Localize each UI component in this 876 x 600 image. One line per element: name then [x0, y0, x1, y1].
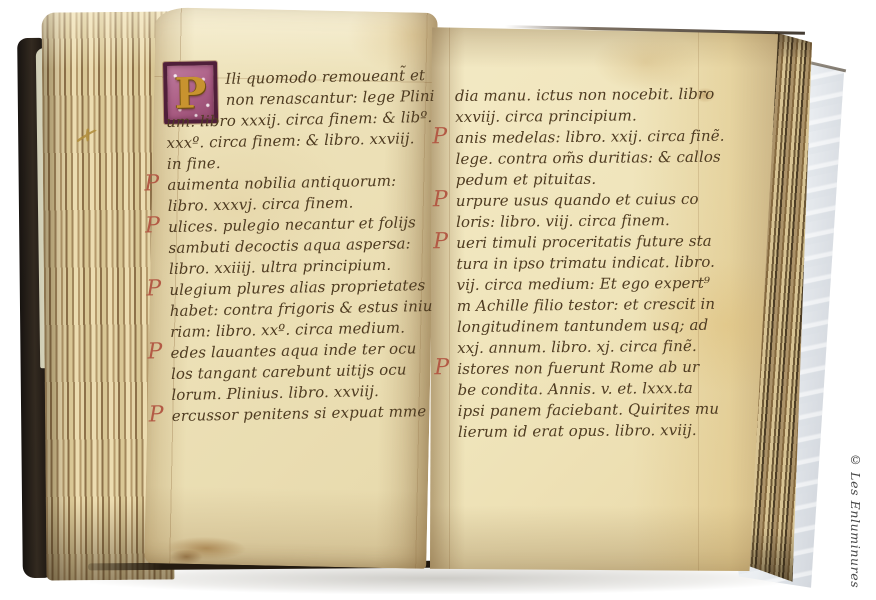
- line-text: um. libro xxxij. circa finem: & libº.: [166, 108, 432, 131]
- line-text: anis medelas: libro. xxij. circa finẽ.: [455, 127, 724, 147]
- line-text: m Achille filio testor: et crescit in: [457, 295, 715, 315]
- line-text: lorum. Plinius. libro. xxviij.: [171, 382, 379, 404]
- manuscript-line: xxviij. circa principium.: [455, 105, 701, 128]
- manuscript-line: lege. contra om̃s duritias: & callos: [455, 147, 701, 170]
- line-text: longitudinem tantundem usq; ad: [457, 316, 708, 336]
- line-text: ercussor penitens si expuat mme: [172, 402, 427, 425]
- red-paragraph-mark: P: [147, 341, 162, 363]
- line-text: xxj. annum. libro. xj. circa finẽ.: [457, 337, 697, 357]
- manuscript-line: Purpure usus quando et cuius co: [456, 189, 702, 212]
- line-text: lierum id erat opus. libro. xviij.: [458, 421, 697, 441]
- line-text: ipsi panem faciebant. Quirites mu: [458, 400, 720, 420]
- manuscript-line: ipsi panem faciebant. Quirites mu: [458, 399, 704, 422]
- line-text: libro. xxxvj. circa finem.: [168, 193, 354, 215]
- manuscript-line: m Achille filio testor: et crescit in: [457, 294, 703, 317]
- line-text: dia manu. ictus non nocebit. libro: [455, 85, 714, 105]
- line-text: ueri timuli proceritatis future sta: [456, 232, 712, 252]
- red-paragraph-mark: P: [432, 126, 447, 148]
- manuscript-line: be condita. Annis. v. et. lxxx.ta: [457, 378, 703, 401]
- manuscript-line: vij. circa medium: Et ego expert⁹: [457, 273, 703, 296]
- manuscript-line: loris: libro. viij. circa finem.: [456, 210, 702, 233]
- manuscript-line: lierum id erat opus. libro. xviij.: [458, 420, 704, 443]
- line-text: xxxº. circa finem: & libro. xxviij.: [166, 129, 414, 152]
- line-text: in fine.: [167, 154, 221, 173]
- line-text: be condita. Annis. v. et. lxxx.ta: [457, 379, 692, 399]
- manuscript-line: longitudinem tantundem usq; ad: [457, 315, 703, 338]
- manuscript-line: pedum et pituitas.: [456, 168, 702, 191]
- line-text: los tangant carebunt uitijs ocu: [171, 360, 407, 383]
- line-text: riam: libro. xxº. circa medium.: [170, 319, 405, 342]
- red-paragraph-mark: P: [433, 231, 448, 253]
- right-lines: dia manu. ictus non nocebit. libroxxviij…: [455, 84, 704, 443]
- line-text: istores non fuerunt Rome ab ur: [457, 358, 699, 378]
- line-text: xxviij. circa principium.: [455, 106, 637, 126]
- red-paragraph-mark: P: [146, 278, 161, 300]
- red-paragraph-mark: P: [434, 357, 449, 379]
- line-text: ulices. pulegio necantur et folijs: [168, 213, 416, 236]
- manuscript-photo: ✗ P Ili quomodo remoueant̃ etnon renasca…: [0, 0, 876, 600]
- line-text: Ili quomodo remoueant̃ et: [225, 66, 425, 88]
- line-text: libro. xxiiij. ultra principium.: [169, 256, 392, 278]
- line-text: pedum et pituitas.: [456, 170, 597, 189]
- book-shadow: [90, 568, 790, 594]
- line-text: non renascantur: lege Plini: [226, 87, 435, 109]
- line-text: lege. contra om̃s duritias: & callos: [455, 148, 720, 168]
- line-text: loris: libro. viij. circa finem.: [456, 211, 670, 231]
- red-paragraph-mark: P: [145, 215, 160, 237]
- manuscript-line: Panis medelas: libro. xxij. circa finẽ.: [455, 126, 701, 149]
- manuscript-line: Pueri timuli proceritatis future sta: [456, 231, 702, 254]
- red-paragraph-mark: P: [433, 189, 448, 211]
- left-text-block: P Ili quomodo remoueant̃ etnon renascant…: [165, 65, 424, 427]
- line-text: habet: contra frigoris & estus iniu: [170, 297, 433, 320]
- line-text: ulegium plures alias proprietates: [169, 276, 425, 299]
- manuscript-line: tura in ipso trimatu indicat. libro.: [456, 252, 702, 275]
- right-text-block: dia manu. ictus non nocebit. libroxxviij…: [455, 84, 704, 443]
- line-text: auimenta nobilia antiquorum:: [167, 172, 396, 194]
- line-text: vij. circa medium: Et ego expert⁹: [457, 274, 711, 294]
- red-paragraph-mark: P: [149, 404, 164, 426]
- manuscript-line: Pistores non fuerunt Rome ab ur: [457, 357, 703, 380]
- line-text: edes lauantes aqua inde ter ocu: [170, 339, 416, 362]
- manuscript-line: dia manu. ictus non nocebit. libro: [455, 84, 701, 107]
- line-text: sambuti decoctis aqua aspersa:: [168, 234, 411, 257]
- left-lines: Ili quomodo remoueant̃ etnon renascantur…: [165, 65, 424, 427]
- line-text: urpure usus quando et cuius co: [456, 190, 699, 210]
- line-text: tura in ipso trimatu indicat. libro.: [456, 253, 715, 273]
- manuscript-line: xxj. annum. libro. xj. circa finẽ.: [457, 336, 703, 359]
- credit-watermark: © Les Enluminures: [843, 452, 863, 600]
- red-paragraph-mark: P: [144, 173, 159, 195]
